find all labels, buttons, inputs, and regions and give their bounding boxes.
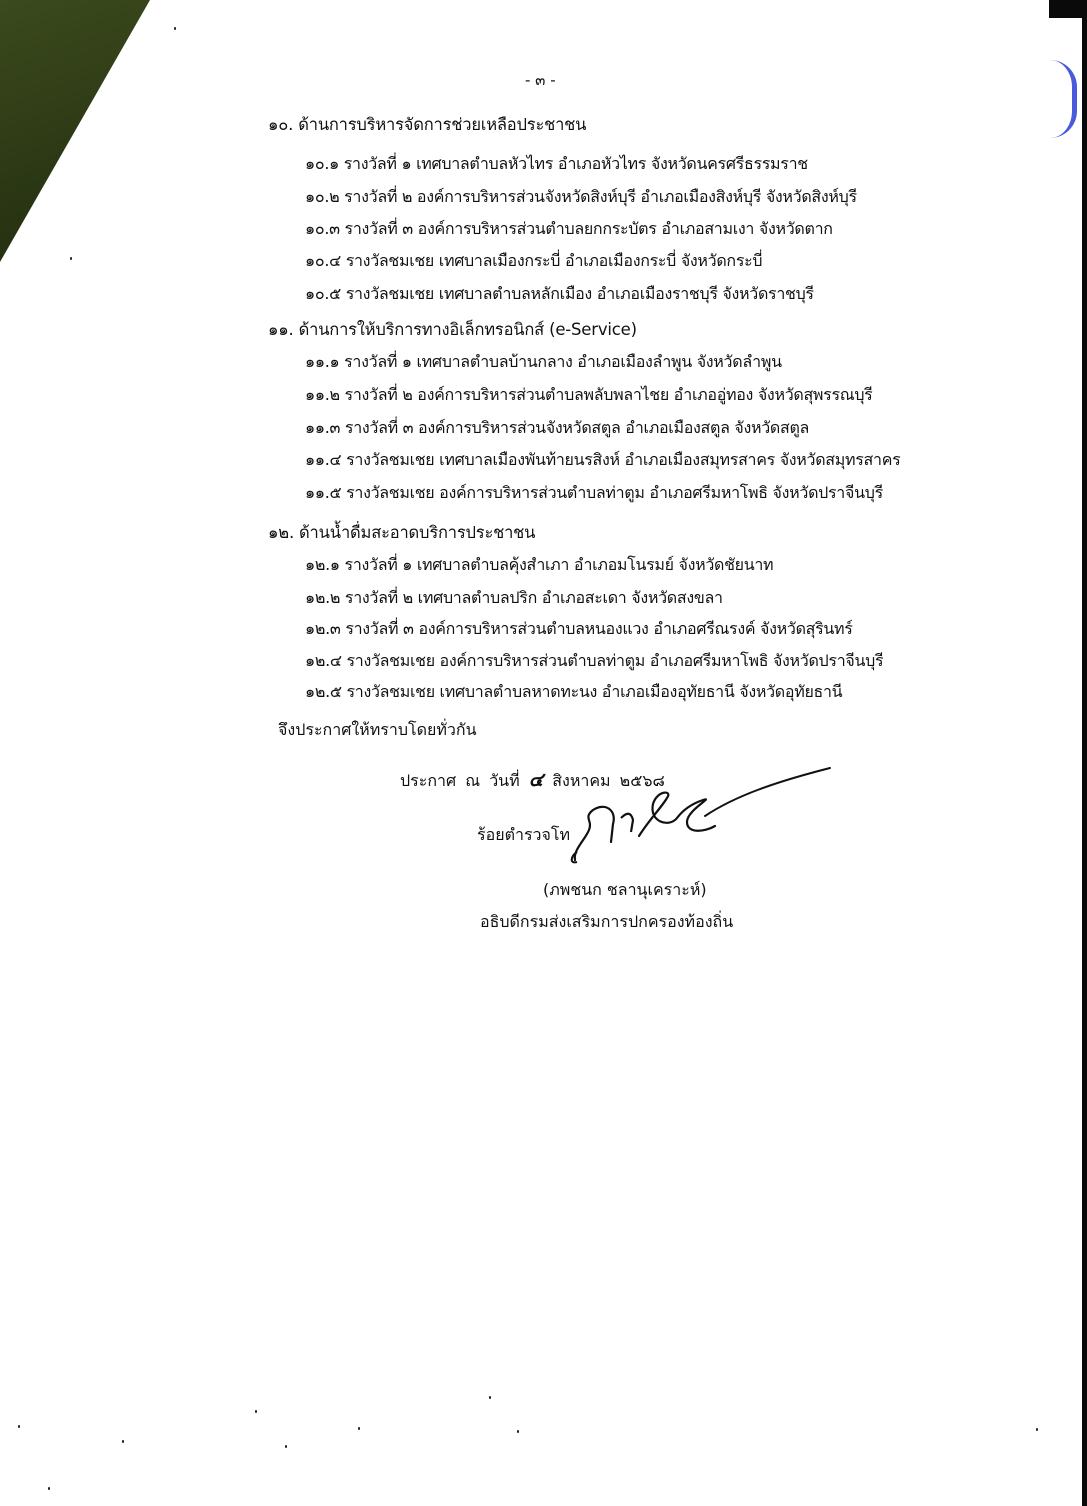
section-heading-10: ๑๐. ด้านการบริหารจัดการช่วยเหลือประชาชน [268, 112, 586, 138]
scan-speck [358, 1427, 360, 1430]
award-item: ๑๑.๔ รางวัลชมเชย เทศบาลเมืองพันท้ายนรสิง… [305, 448, 900, 473]
award-item: ๑๑.๕ รางวัลชมเชย องค์การบริหารส่วนตำบลท่… [305, 481, 883, 506]
award-item: ๑๐.๑ รางวัลที่ ๑ เทศบาลตำบลหัวไทร อำเภอห… [305, 152, 808, 177]
date-prefix: ประกาศ ณ วันที่ [400, 771, 520, 790]
award-item: ๑๒.๔ รางวัลชมเชย องค์การบริหารส่วนตำบลท่… [305, 649, 883, 674]
scan-speck [70, 257, 72, 260]
award-item: ๑๐.๓ รางวัลที่ ๓ องค์การบริหารส่วนตำบลยก… [305, 217, 833, 242]
closing-statement: จึงประกาศให้ทราบโดยทั่วกัน [278, 718, 477, 743]
scan-speck [18, 1425, 20, 1428]
signer-position: อธิบดีกรมส่งเสริมการปกครองท้องถิ่น [480, 910, 733, 935]
handwritten-signature [565, 760, 835, 875]
section-heading-12: ๑๒. ด้านน้ำดื่มสะอาดบริการประชาชน [268, 520, 535, 546]
section-heading-11: ๑๑. ด้านการให้บริการทางอิเล็กทรอนิกส์ (e… [268, 317, 637, 343]
scan-speck [285, 1445, 287, 1448]
award-item: ๑๒.๑ รางวัลที่ ๑ เทศบาลตำบลคุ้งสำเภา อำเ… [305, 553, 773, 578]
scan-speck [489, 1396, 491, 1399]
award-item: ๑๒.๒ รางวัลที่ ๒ เทศบาลตำบลปริก อำเภอสะเ… [305, 586, 723, 611]
signer-rank: ร้อยตำรวจโท [477, 823, 570, 848]
award-item: ๑๐.๒ รางวัลที่ ๒ องค์การบริหารส่วนจังหวั… [305, 185, 857, 210]
date-day-handwritten: ๔ [529, 769, 543, 791]
scan-speck [517, 1430, 519, 1433]
signer-name: (ภพชนก ชลานุเคราะห์) [543, 878, 707, 903]
award-item: ๑๐.๕ รางวัลชมเชย เทศบาลตำบลหลักเมือง อำเ… [305, 282, 814, 307]
scan-speck [1036, 1428, 1038, 1431]
award-item: ๑๒.๕ รางวัลชมเชย เทศบาลตำบลหาดทะนง อำเภอ… [305, 680, 842, 705]
award-item: ๑๑.๑ รางวัลที่ ๑ เทศบาลตำบลบ้านกลาง อำเภ… [305, 350, 782, 375]
document-page: - ๓ - ๑๐. ด้านการบริหารจัดการช่วยเหลือปร… [0, 0, 1087, 1506]
scan-speck [255, 1410, 257, 1413]
award-item: ๑๒.๓ รางวัลที่ ๓ องค์การบริหารส่วนตำบลหน… [305, 617, 853, 642]
scan-speck [48, 1487, 50, 1490]
scan-speck [174, 27, 176, 30]
scan-speck [122, 1440, 124, 1443]
award-item: ๑๑.๒ รางวัลที่ ๒ องค์การบริหารส่วนตำบลพล… [305, 383, 872, 408]
page-number: - ๓ - [525, 68, 556, 92]
award-item: ๑๐.๔ รางวัลชมเชย เทศบาลเมืองกระบี่ อำเภอ… [305, 249, 762, 274]
award-item: ๑๑.๓ รางวัลที่ ๓ องค์การบริหารส่วนจังหวั… [305, 416, 809, 441]
